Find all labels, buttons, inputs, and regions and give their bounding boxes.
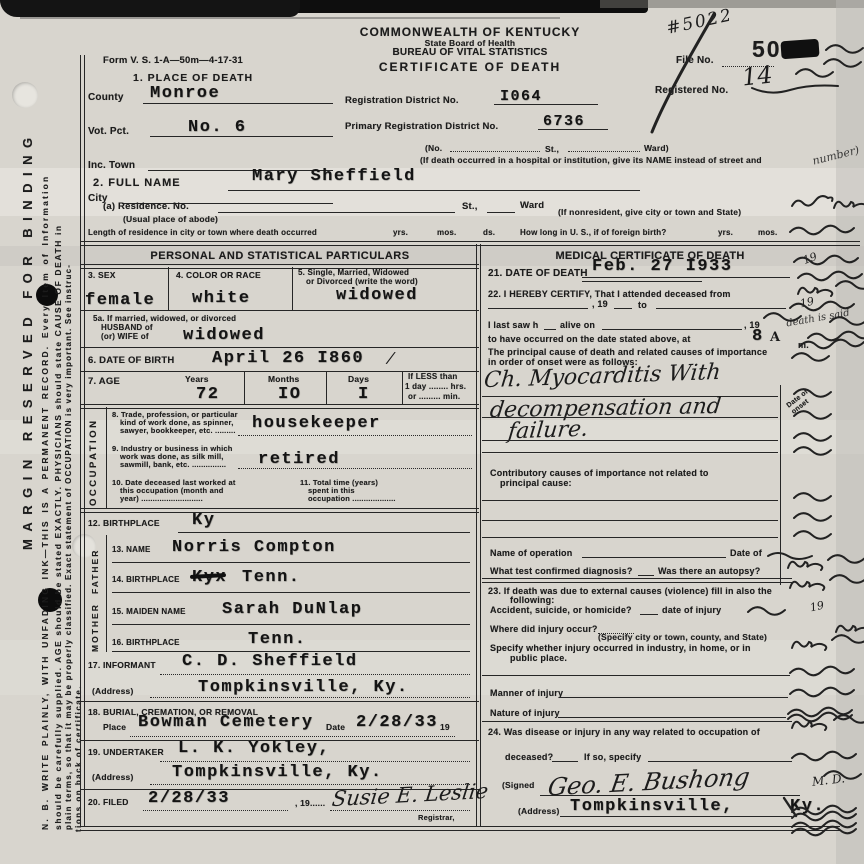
burial-date-value: 2/28/33 <box>356 713 438 732</box>
if-less-label2: 1 day ........ hrs. <box>405 382 466 391</box>
full-name-label: 2. FULL NAME <box>93 177 181 189</box>
abode-note: (Usual place of abode) <box>123 214 218 224</box>
file-no-stamp: 50 <box>752 36 782 63</box>
rule <box>150 697 470 698</box>
father-birthplace-value: Tenn. <box>242 568 301 587</box>
ds-label: ds. <box>483 228 495 237</box>
rule <box>402 371 403 404</box>
rule <box>80 404 479 409</box>
rule <box>614 308 632 309</box>
rule <box>482 721 792 722</box>
date-of-death-label: 21. DATE OF DEATH <box>488 268 588 279</box>
rule <box>80 264 479 269</box>
residence-label: (a) Residence. No. <box>103 201 189 212</box>
operation-date-label: Date of <box>730 548 762 558</box>
rule <box>218 212 455 213</box>
street-st-note: St., <box>545 144 559 154</box>
county-label: County <box>88 92 124 103</box>
autopsy-label: Was there an autopsy? <box>658 566 760 576</box>
certificate-title: CERTIFICATE OF DEATH <box>345 60 595 74</box>
undertaker-value: L. K. Yokley, <box>178 739 330 758</box>
father-name-label: 13. NAME <box>112 545 151 554</box>
husband-of-label: HUSBAND of <box>101 323 153 332</box>
hospital-note: (If death occurred in a hospital or inst… <box>420 155 762 165</box>
physician-address-value2: Ky. <box>790 797 825 816</box>
margin-nb-line2: should be carefully supplied. AGE should… <box>53 120 63 830</box>
hour-of-death-value: 8 <box>752 327 764 346</box>
full-name-value: Mary Sheffield <box>252 167 416 186</box>
residence-ward-label: Ward <box>520 200 544 211</box>
file-number-handwritten: #5022 <box>665 5 735 39</box>
marital-label2: or Divorced (write the word) <box>306 277 418 286</box>
rule <box>106 407 107 508</box>
dob-value: April 26 I860 <box>212 349 364 368</box>
scan-band <box>600 0 864 8</box>
wife-of-label: (or) WIFE of <box>101 332 149 341</box>
filed-label: 20. FILED <box>88 797 129 807</box>
age-days-value: I <box>358 385 370 404</box>
rule <box>488 308 588 309</box>
undertaker-label: 19. UNDERTAKER <box>88 747 164 757</box>
length-residence-label: Length of residence in city or town wher… <box>88 228 317 237</box>
signed-label: (Signed <box>502 780 535 790</box>
rule <box>482 440 778 441</box>
accident-label: Accident, suicide, or homicide? <box>490 605 632 615</box>
mother-birthplace-value: Tenn. <box>248 630 307 649</box>
rule <box>487 212 515 213</box>
death-is-said-scrawl: death is said <box>786 308 851 330</box>
date-of-death-value: Feb. 27 I933 <box>592 257 732 276</box>
age-years-header: Years <box>185 374 209 384</box>
occupation-8-label3: sawyer, bookkeeper, etc. ......... <box>120 426 236 435</box>
form-left-border <box>80 55 85 826</box>
husband-value: widowed <box>183 326 265 345</box>
primary-district-label: Primary Registration District No. <box>345 121 498 132</box>
column-divider <box>476 244 481 826</box>
scan-band <box>0 0 300 17</box>
race-value: white <box>192 289 251 308</box>
informant-address-label: (Address) <box>92 686 133 696</box>
undertaker-address-value: Tompkinsville, Ky. <box>172 763 383 782</box>
primary-district-value: 6736 <box>543 113 585 130</box>
rule <box>130 736 455 737</box>
father-side-label: FATHER <box>90 538 100 594</box>
occurred-label: to have occurred on the date stated abov… <box>488 334 691 344</box>
rule <box>560 697 788 698</box>
where-injury-label: Where did injury occur? <box>490 624 598 634</box>
rule <box>482 452 778 453</box>
rule <box>558 717 786 718</box>
scan-band <box>836 0 864 864</box>
rule <box>112 592 470 593</box>
mother-maiden-name-label: 15. MAIDEN NAME <box>112 607 186 616</box>
rule <box>602 329 742 330</box>
age-years-value: 72 <box>196 385 219 404</box>
informant-value: C. D. Sheffield <box>182 652 358 671</box>
manner-of-injury-label: Manner of injury <box>490 688 563 698</box>
street-ward-note: Ward) <box>644 143 669 153</box>
hospital-note-end-scribbled: number) <box>811 143 860 167</box>
form-number: Form V. S. 1-A—50m—4-17-31 <box>103 55 243 66</box>
yrs-label: yrs. <box>393 228 408 237</box>
scan-band <box>20 17 560 19</box>
voting-precinct-label: Vot. Pct. <box>88 126 129 137</box>
rule <box>482 500 778 501</box>
dob-label: 6. DATE OF BIRTH <box>88 355 174 366</box>
if-less-label1: If LESS than <box>408 372 458 381</box>
certify-to: to <box>638 300 647 310</box>
rule <box>482 537 778 538</box>
rule <box>112 562 470 563</box>
burial-place-label: Place <box>103 722 126 732</box>
rule <box>482 675 790 676</box>
father-name-value: Norris Compton <box>172 538 336 557</box>
rule <box>160 761 470 762</box>
rule <box>178 532 470 533</box>
rule <box>244 371 245 404</box>
last-worked-label3: year) ........................... <box>120 494 203 503</box>
mother-side-label: MOTHER <box>90 596 100 652</box>
margin-nb-line1: N. B. WRITE PLAINLY, WITH UNFADING INK—T… <box>40 55 50 830</box>
inc-town-label: Inc. Town <box>88 160 135 171</box>
rule <box>143 810 288 811</box>
age-days-header: Days <box>348 374 369 384</box>
occupation-related-label1: 24. Was disease or injury in any way rel… <box>488 727 760 737</box>
ink-blot <box>780 39 819 60</box>
hour-m-label: m. <box>798 340 809 350</box>
rule <box>81 310 479 311</box>
hour-am-mark: A <box>770 330 780 345</box>
registrar-label: Registrar, <box>418 813 455 822</box>
dob-checkmark: / <box>386 348 395 368</box>
certify-statement: 22. I HEREBY CERTIFY, That I attended de… <box>488 289 731 299</box>
informant-label: 17. INFORMANT <box>88 660 156 670</box>
registered-no-value: 14 <box>741 60 774 91</box>
burial-19-label: 19 <box>440 722 450 732</box>
rule <box>450 151 540 152</box>
residence-st-label: St., <box>462 201 478 212</box>
county-value: Monroe <box>150 84 220 103</box>
mother-birthplace-label: 16. BIRTHPLACE <box>112 638 180 647</box>
if-less-label3: or ......... min. <box>408 392 460 401</box>
rule <box>538 129 608 130</box>
physician-address-value: Tompkinsville, <box>570 797 734 816</box>
alive-on-label: alive on <box>560 320 595 330</box>
marital-label: 5. Single, Married, Widowed <box>298 268 409 277</box>
undertaker-address-label: (Address) <box>92 772 133 782</box>
sex-value: female <box>85 291 155 310</box>
ghost-19: 19 <box>799 295 815 311</box>
voting-precinct-value: No. 6 <box>188 118 247 137</box>
street-no-note: (No. <box>425 143 442 153</box>
commonwealth-title: COMMONWEALTH OF KENTUCKY <box>345 25 595 39</box>
contributory-label1: Contributory causes of importance not re… <box>490 468 709 478</box>
contributory-label2: principal cause: <box>500 478 572 488</box>
if-so-specify-label: If so, specify <box>584 752 641 762</box>
rule <box>494 104 598 105</box>
ghost-19: 19 <box>801 250 819 267</box>
rule <box>160 674 470 675</box>
specify-injury-label2: public place. <box>510 653 567 663</box>
total-time-label3: occupation ................... <box>308 494 396 503</box>
rule <box>228 190 640 191</box>
physician-address-label: (Address) <box>518 806 559 816</box>
mos-label: mos. <box>758 228 777 237</box>
industry-value: retired <box>258 450 340 469</box>
rule <box>168 267 169 310</box>
father-birthplace-label: 14. BIRTHPLACE <box>112 575 180 584</box>
rule <box>638 575 654 576</box>
margin-binding-note: MARGIN RESERVED FOR BINDING <box>20 95 35 550</box>
scan-band <box>0 0 648 13</box>
rule <box>150 136 333 137</box>
death-certificate-scan: MARGIN RESERVED FOR BINDING N. B. WRITE … <box>0 0 864 864</box>
age-months-value: IO <box>278 385 301 404</box>
last-saw-label: I last saw h <box>488 320 538 330</box>
rule <box>540 795 800 796</box>
age-label: 7. AGE <box>88 376 120 387</box>
rule <box>482 578 792 583</box>
birthplace-label: 12. BIRTHPLACE <box>88 518 160 528</box>
nature-of-injury-label: Nature of injury <box>490 708 560 718</box>
rule <box>780 385 781 585</box>
burial-date-label: Date <box>326 722 345 732</box>
informant-address-value: Tompkinsville, Ky. <box>198 678 409 697</box>
ghost-19: 19 <box>809 599 825 615</box>
foreign-birth-label: How long in U. S., if of foreign birth? <box>520 228 666 237</box>
certify-19: , 19 <box>592 299 608 309</box>
rule <box>560 816 792 817</box>
rule <box>648 761 792 762</box>
place-of-death-title: 1. PLACE OF DEATH <box>133 72 253 84</box>
rule <box>582 277 790 278</box>
rule <box>238 468 472 469</box>
rule <box>112 624 470 625</box>
rule <box>292 267 293 310</box>
race-label: 4. COLOR OR RACE <box>176 270 261 280</box>
occupation-value: housekeeper <box>252 414 381 433</box>
rule <box>80 508 479 513</box>
husband-wife-label: 5a. If married, widowed, or divorced <box>93 314 236 323</box>
principal-cause-label1: The principal cause of death and related… <box>488 347 767 357</box>
registration-district-value: I064 <box>500 88 542 105</box>
rule <box>568 151 640 152</box>
external-causes-label2: following: <box>510 595 555 605</box>
date-of-onset-label: Date of onset <box>786 379 827 416</box>
nonresident-note: (If nonresident, give city or town and S… <box>558 207 741 217</box>
specify-injury-label1: Specify whether injury occurred in indus… <box>490 643 751 653</box>
rule <box>582 281 702 282</box>
form-bottom-border <box>80 826 840 831</box>
rule <box>106 535 107 652</box>
rule <box>81 701 479 702</box>
mos-label: mos. <box>437 228 456 237</box>
occupation-related-label2: deceased? <box>505 752 553 762</box>
burial-place-value: Bowman Cemetery <box>138 713 314 732</box>
mother-maiden-name-value: Sarah DuNlap <box>222 600 362 619</box>
rule <box>544 329 556 330</box>
date-of-injury-label: date of injury <box>662 605 721 615</box>
where-injury-note: (Specify city or town, county, and State… <box>598 632 767 642</box>
rule <box>640 614 658 615</box>
test-label: What test confirmed diagnosis? <box>490 566 633 576</box>
sex-label: 3. SEX <box>88 270 116 280</box>
rule <box>143 103 333 104</box>
marital-value: widowed <box>336 286 418 305</box>
rule <box>482 520 778 521</box>
physician-md: M. D. <box>811 771 845 788</box>
rule <box>552 761 578 762</box>
age-months-header: Months <box>268 374 299 384</box>
registration-district-label: Registration District No. <box>345 95 459 106</box>
birthplace-value: Ky <box>192 511 215 530</box>
bureau-subtitle: BUREAU OF VITAL STATISTICS <box>345 47 595 58</box>
filed-date-value: 2/28/33 <box>148 789 230 808</box>
registered-no-label: Registered No. <box>655 85 728 96</box>
filed-19-label: , 19...... <box>295 798 325 808</box>
rule <box>582 557 726 558</box>
file-no-label: File No. <box>676 55 714 66</box>
rule <box>330 810 470 811</box>
occupation-side-label: OCCUPATION <box>88 416 99 506</box>
header-divider <box>80 241 860 246</box>
yrs-label: yrs. <box>718 228 733 237</box>
rule <box>326 371 327 404</box>
personal-particulars-title: PERSONAL AND STATISTICAL PARTICULARS <box>90 250 470 262</box>
industry-9-label3: sawmill, bank, etc. ............... <box>120 460 226 469</box>
margin-nb-line3: plain terms, so that it may be properly … <box>64 95 73 830</box>
rule <box>656 308 786 309</box>
rule <box>238 435 472 436</box>
operation-label: Name of operation <box>490 548 572 558</box>
rule <box>81 347 479 348</box>
